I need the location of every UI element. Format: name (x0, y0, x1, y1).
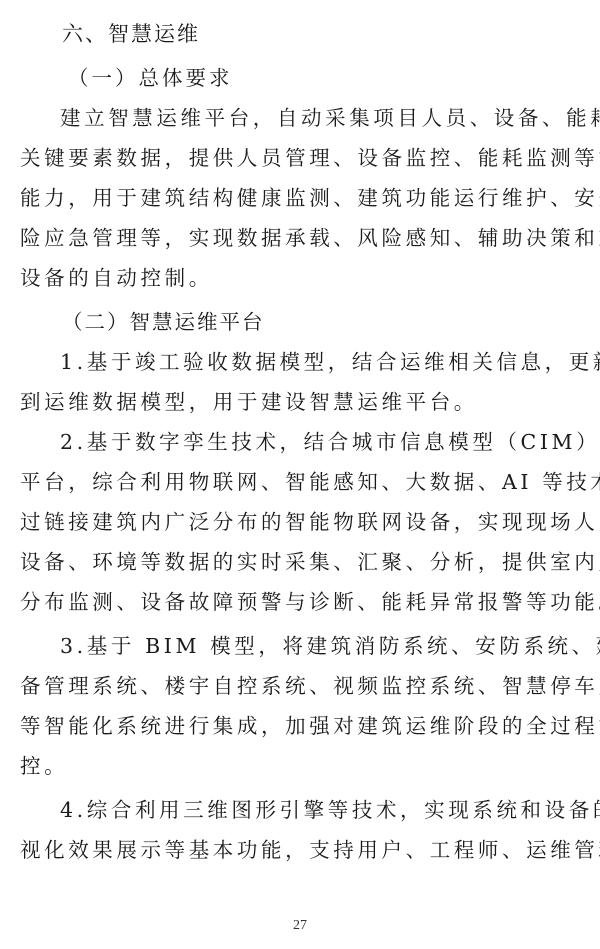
list-item-1-line: 到运维数据模型，用于建设智慧运维平台。 (20, 386, 580, 418)
subsection-heading-2: （二）智慧运维平台 (62, 306, 600, 338)
list-item-2-line: 2.基于数字孪生技术，结合城市信息模型（CIM）基础 (60, 426, 580, 458)
list-item-4-line: 4.综合利用三维图形引擎等技术，实现系统和设备的可 (60, 794, 580, 826)
paragraph-line: 设备的自动控制。 (20, 262, 580, 294)
paragraph-line: 建立智慧运维平台，自动采集项目人员、设备、能耗等 (60, 102, 580, 134)
list-item-2-line: 设备、环境等数据的实时采集、汇聚、分析，提供室内人流 (20, 546, 580, 578)
section-title: 六、智慧运维 (62, 18, 600, 50)
list-item-1-line: 1.基于竣工验收数据模型，结合运维相关信息，更新得 (60, 346, 580, 378)
list-item-4-line: 视化效果展示等基本功能，支持用户、工程师、运维管理人 (20, 834, 580, 866)
list-item-2-line: 平台，综合利用物联网、智能感知、大数据、AI 等技术，通 (20, 466, 580, 498)
list-item-3-line: 3.基于 BIM 模型，将建筑消防系统、安防系统、建筑设 (60, 630, 580, 662)
list-item-2-line: 分布监测、设备故障预警与诊断、能耗异常报警等功能。 (20, 586, 580, 618)
list-item-2-line: 过链接建筑内广泛分布的智能物联网设备，实现现场人员、 (20, 506, 580, 538)
paragraph-line: 关键要素数据，提供人员管理、设备监控、能耗监测等管理 (20, 142, 580, 174)
list-item-3-line: 等智能化系统进行集成，加强对建筑运维阶段的全过程管 (20, 710, 580, 742)
list-item-3-line: 备管理系统、楼宇自控系统、视频监控系统、智慧停车系统 (20, 670, 580, 702)
list-item-3-line: 控。 (20, 750, 580, 782)
subsection-heading-1: （一）总体要求 (68, 62, 600, 94)
document-page: 六、智慧运维 （一）总体要求 建立智慧运维平台，自动采集项目人员、设备、能耗等 … (0, 0, 600, 949)
paragraph-line: 能力，用于建筑结构健康监测、建筑功能运行维护、安全风 (20, 182, 580, 214)
page-number: 27 (0, 918, 600, 934)
paragraph-line: 险应急管理等，实现数据承载、风险感知、辅助决策和末端 (20, 222, 580, 254)
